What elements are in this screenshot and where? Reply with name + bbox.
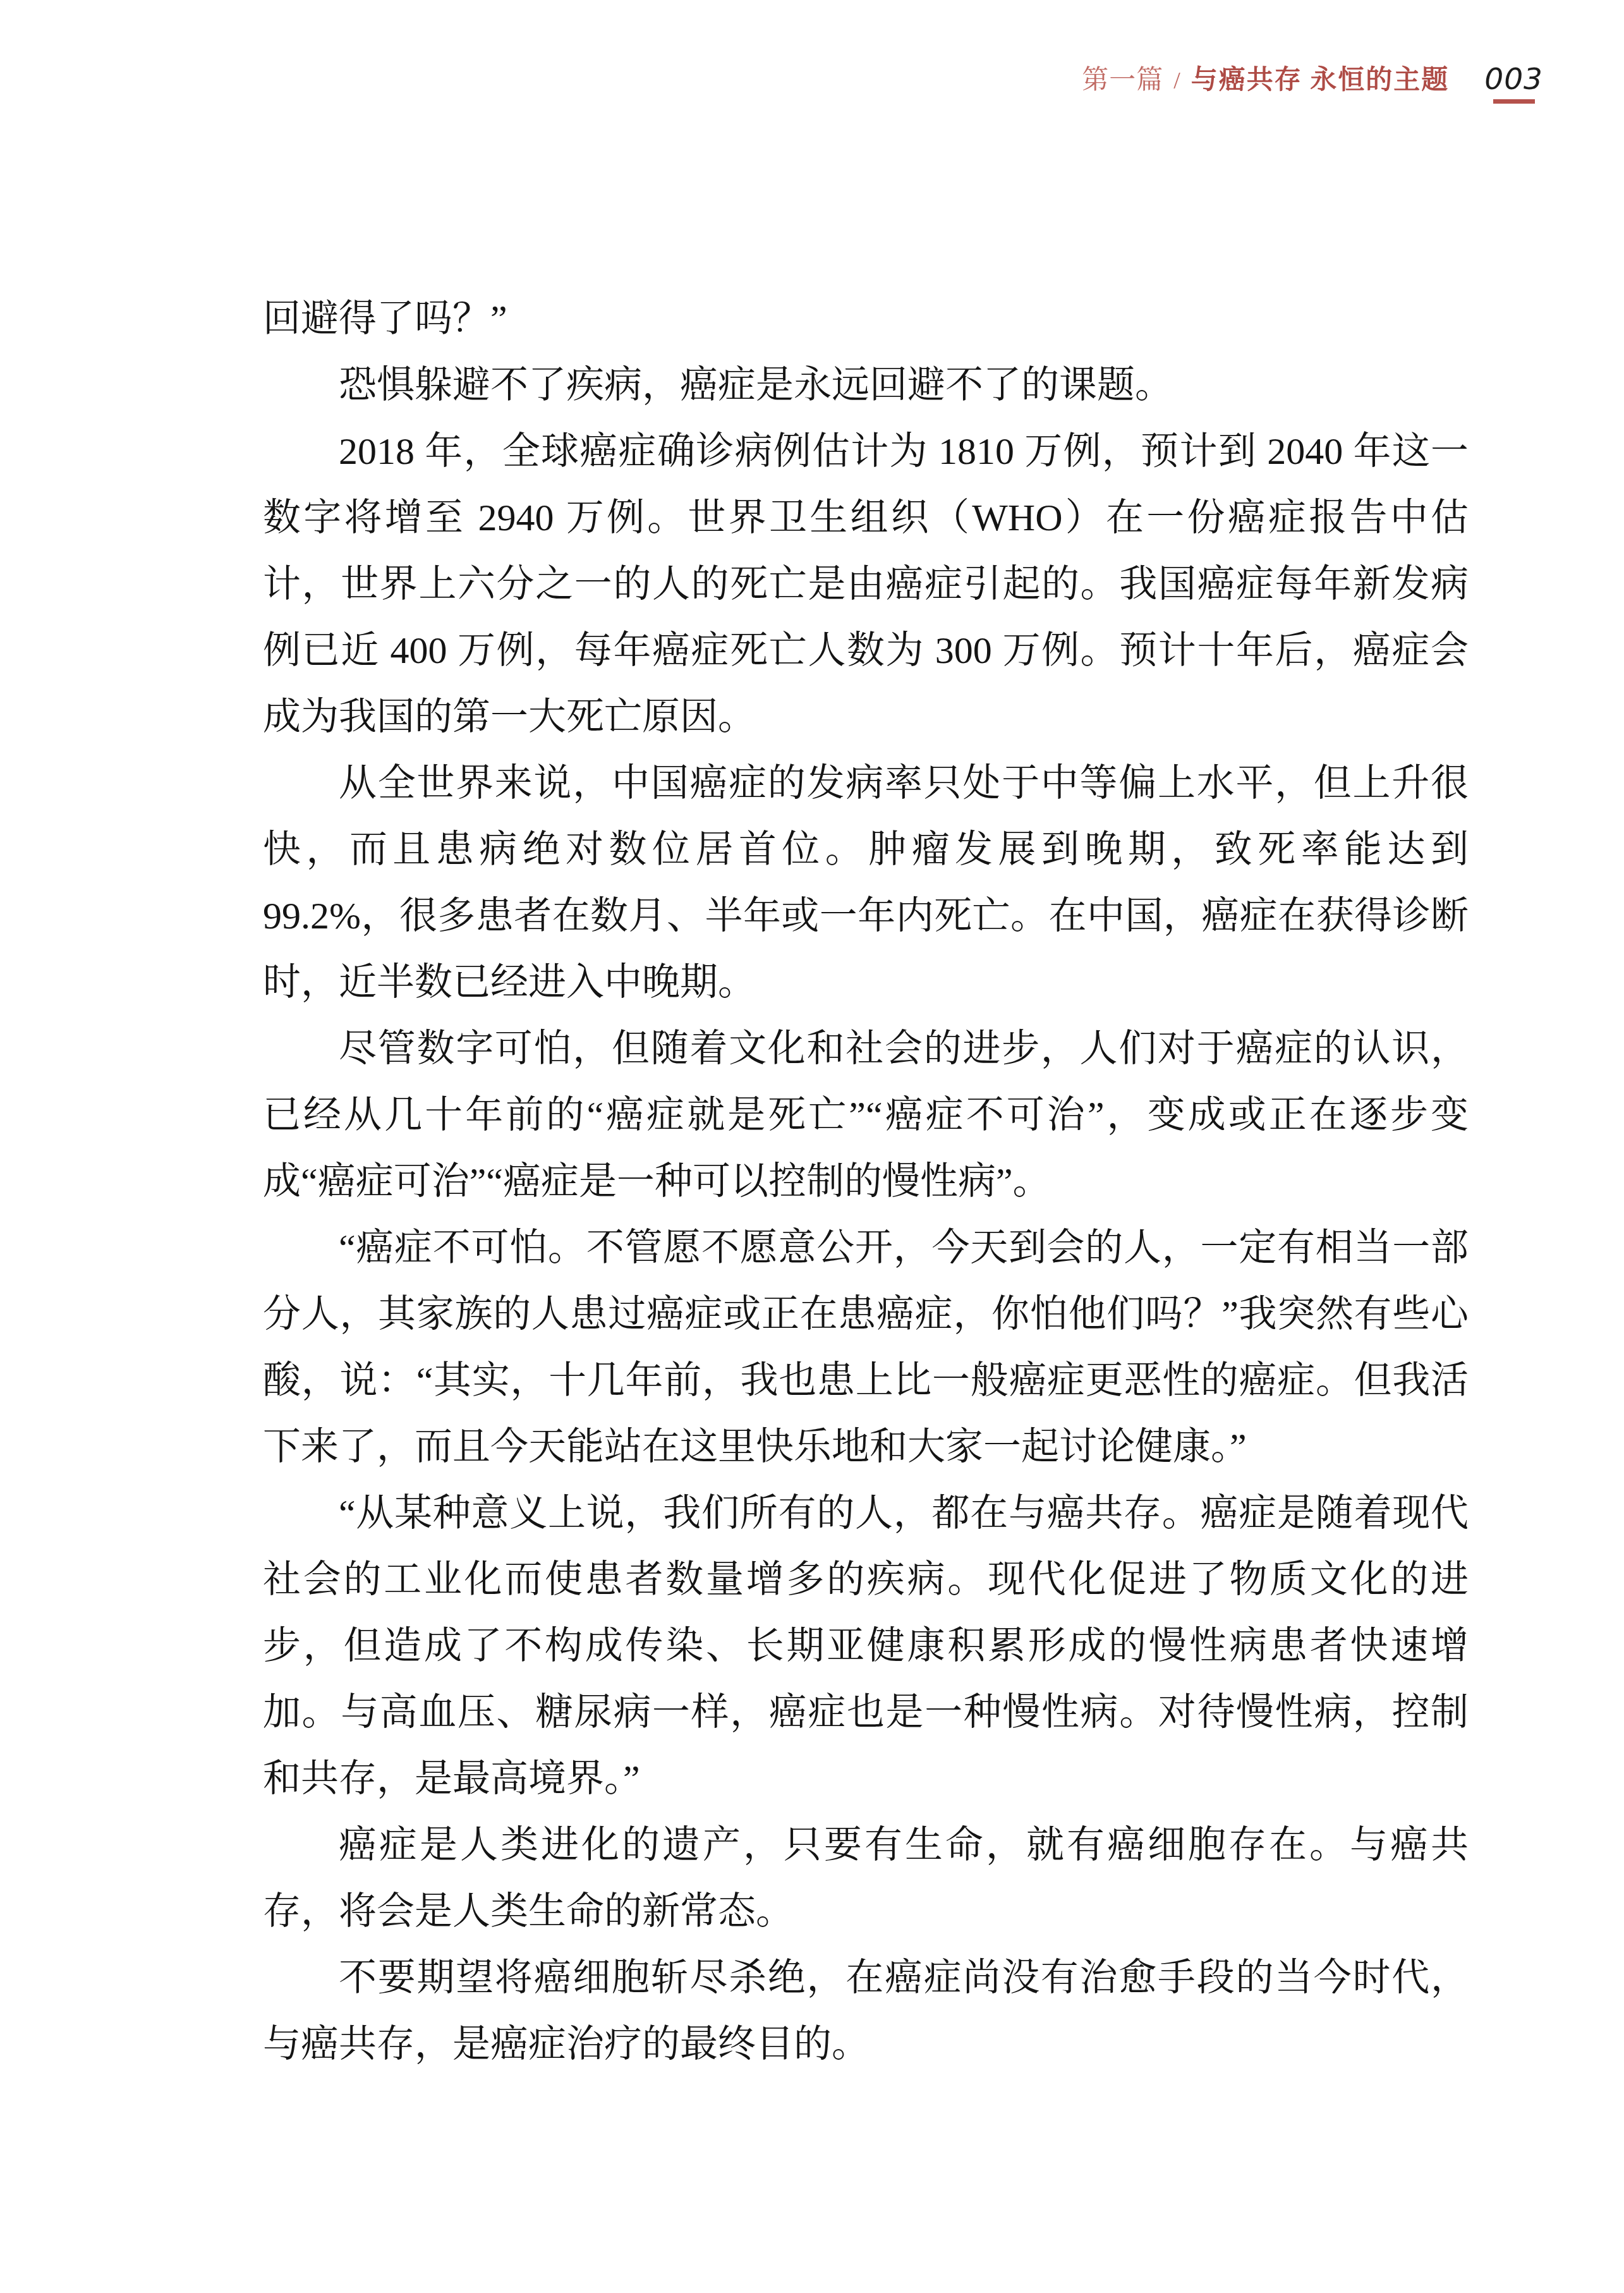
page-number-underline [1493, 99, 1535, 104]
page-number: 003 [1484, 63, 1543, 96]
paragraph: 回避得了吗？” [263, 286, 1469, 352]
body-text: 回避得了吗？” 恐惧躲避不了疾病，癌症是永远回避不了的课题。 2018 年，全球… [263, 286, 1469, 2077]
paragraph: “从某种意义上说，我们所有的人，都在与癌共存。癌症是随着现代社会的工业化而使患者… [263, 1480, 1469, 1812]
running-header: 第一篇/与癌共存 永恒的主题 003 [1082, 63, 1543, 104]
chapter-section-label: 第一篇 [1082, 66, 1163, 95]
chapter-heading: 第一篇/与癌共存 永恒的主题 [1082, 63, 1449, 98]
chapter-title: 与癌共存 永恒的主题 [1191, 66, 1450, 95]
paragraph: 不要期望将癌细胞斩尽杀绝，在癌症尚没有治愈手段的当今时代，与癌共存，是癌症治疗的… [263, 1945, 1469, 2077]
paragraph: “癌症不可怕。不管愿不愿意公开，今天到会的人，一定有相当一部分人，其家族的人患过… [263, 1215, 1469, 1480]
paragraph: 恐惧躲避不了疾病，癌症是永远回避不了的课题。 [263, 352, 1469, 418]
paragraph: 从全世界来说，中国癌症的发病率只处于中等偏上水平，但上升很快，而且患病绝对数位居… [263, 750, 1469, 1016]
paragraph: 癌症是人类进化的遗产，只要有生命，就有癌细胞存在。与癌共存，将会是人类生命的新常… [263, 1812, 1469, 1945]
slash-separator: / [1173, 68, 1181, 94]
page-number-block: 003 [1484, 63, 1543, 104]
paragraph: 2018 年，全球癌症确诊病例估计为 1810 万例，预计到 2040 年这一数… [263, 418, 1469, 750]
book-page: 第一篇/与癌共存 永恒的主题 003 回避得了吗？” 恐惧躲避不了疾病，癌症是永… [0, 0, 1624, 2293]
paragraph: 尽管数字可怕，但随着文化和社会的进步，人们对于癌症的认识，已经从几十年前的“癌症… [263, 1016, 1469, 1215]
